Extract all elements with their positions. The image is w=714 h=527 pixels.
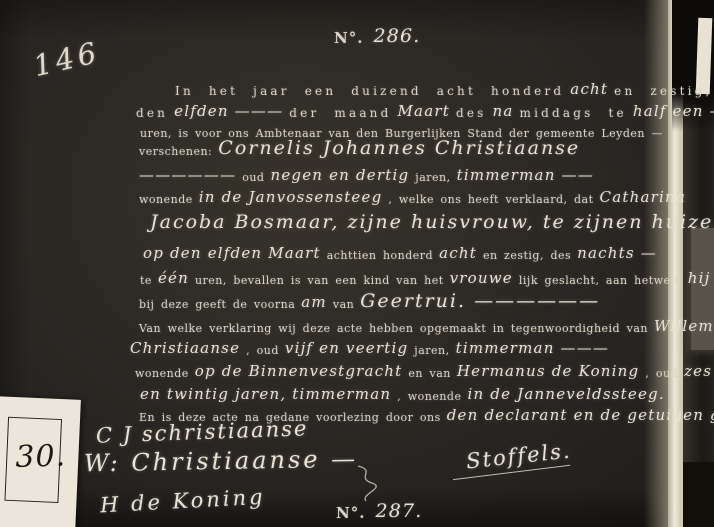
act-number-label: N°. xyxy=(334,29,363,47)
printed-text-segment: jaren, xyxy=(415,171,450,184)
signature-w-christiaanse: W: Christiaanse — xyxy=(84,445,359,478)
printed-text-segment: te xyxy=(140,274,152,287)
next-act-number-value: 287. xyxy=(375,500,422,522)
printed-text-segment: jaren, xyxy=(414,344,449,357)
handwritten-text-segment: zes xyxy=(684,362,712,380)
handwritten-text-segment: Catharina xyxy=(600,188,686,206)
handwritten-text-segment: in de Janvossensteeg xyxy=(199,188,383,206)
act-number-value: 286. xyxy=(373,25,420,47)
handwritten-text-segment: één xyxy=(158,269,189,287)
handwritten-text-segment: hij xyxy=(688,269,711,287)
document-line: Van welke verklaring wij deze acte hebbe… xyxy=(139,317,714,336)
printed-text-segment: wonende xyxy=(139,193,193,206)
printed-text-segment: , welke ons heeft verklaard, dat xyxy=(388,193,593,206)
archive-sticker-number: 30. xyxy=(15,439,67,475)
handwritten-text-segment: op de Binnenvestgracht xyxy=(195,362,403,380)
document-line: en twintig jaren, timmerman, wonendein d… xyxy=(140,385,671,404)
handwritten-text-segment: Geertrui. —————— xyxy=(360,290,600,312)
printed-text-segment: wonende xyxy=(135,367,189,380)
document-line: verschenen:Cornelis Johannes Christiaans… xyxy=(139,138,586,160)
document-line: teéénuren, bevallen is van een kind van … xyxy=(140,269,714,288)
handwritten-text-segment: na xyxy=(493,102,514,120)
bottom-edge-dark xyxy=(683,462,714,527)
handwritten-text-segment: en twintig jaren, timmerman xyxy=(140,385,391,403)
handwritten-text-segment: acht xyxy=(439,244,477,262)
next-act-number-heading: N°.287. xyxy=(336,501,423,523)
archive-sticker-box: 30. xyxy=(4,417,62,503)
document-line: ——————oudnegen en dertigjaren,timmerman … xyxy=(139,166,600,185)
printed-text-segment: den xyxy=(136,106,168,120)
document-line: wonendeop de Binnenvestgrachten vanHerma… xyxy=(135,362,714,381)
registry-scan-negative: 146 N°.286. In het jaar een duizend acht… xyxy=(0,0,714,527)
document-line: denelfden ———der maandMaartdesnamiddags … xyxy=(136,102,714,121)
next-act-number-label: N°. xyxy=(336,504,365,522)
printed-text-segment: , oud xyxy=(645,367,678,380)
margin-number: 146 xyxy=(30,35,103,83)
printed-text-segment: van xyxy=(333,298,354,311)
handwritten-text-segment: Jacoba Bosmaar, zijne huisvrouw, te zijn… xyxy=(150,211,713,233)
handwritten-text-segment: Cornelis Johannes Christiaanse xyxy=(218,137,580,159)
flourish-mark xyxy=(352,462,382,504)
printed-text-segment: In het jaar een duizend acht honderd xyxy=(175,84,564,98)
handwritten-text-segment: Maart xyxy=(398,102,450,120)
handwritten-text-segment: acht xyxy=(570,80,608,98)
handwritten-text-segment: am xyxy=(301,293,327,311)
document-line: wonendein de Janvossensteeg, welke ons h… xyxy=(139,188,692,207)
signature-cj-christiaanse: C J schristiaanse xyxy=(96,416,309,447)
archive-sticker: 30. xyxy=(0,396,81,527)
printed-text-segment: verschenen: xyxy=(139,145,212,158)
handwritten-text-segment: timmerman —— xyxy=(457,166,594,184)
handwritten-text-segment: timmerman ——— xyxy=(456,339,610,357)
handwritten-text-segment: Willem xyxy=(654,317,714,335)
handwritten-text-segment: —————— xyxy=(139,166,236,184)
printed-text-segment: middags te xyxy=(520,106,627,120)
handwritten-text-segment: elfden ——— xyxy=(174,102,283,120)
printed-text-segment: en van xyxy=(408,367,450,380)
act-number-heading: N°.286. xyxy=(334,26,421,48)
printed-text-segment: achttien honderd xyxy=(327,249,433,262)
printed-text-segment: lijk geslacht, aan hetwelk xyxy=(519,274,682,287)
printed-text-segment: uren, bevallen is van een kind van het xyxy=(195,274,444,287)
document-line: Christiaanse, oudvijf en veertigjaren,ti… xyxy=(130,339,615,358)
handwritten-text-segment: op den elfden Maart xyxy=(143,244,321,262)
printed-text-segment: des xyxy=(456,106,487,120)
handwritten-text-segment: den declarant en de getuigen geteekend. xyxy=(447,406,714,424)
handwritten-text-segment: vijf en veertig xyxy=(285,339,408,357)
document-line: op den elfden Maartachttien honderdachte… xyxy=(143,244,663,263)
document-line: Jacoba Bosmaar, zijne huisvrouw, te zijn… xyxy=(150,212,714,234)
printed-text-segment: oud xyxy=(242,171,264,184)
handwritten-text-segment: vrouwe xyxy=(450,269,513,287)
printed-text-segment: der maand xyxy=(289,106,391,120)
printed-text-segment: en zestig, xyxy=(614,84,712,98)
document-line: bij deze geeft de voornaamvanGeertrui. —… xyxy=(139,291,606,313)
printed-text-segment: en zestig, des xyxy=(483,249,571,262)
printed-text-segment: Van welke verklaring wij deze acte hebbe… xyxy=(139,322,648,335)
document-line: In het jaar een duizend acht honderdacht… xyxy=(175,80,714,99)
handwritten-text-segment: Christiaanse xyxy=(130,339,240,357)
printed-text-segment: , wonende xyxy=(397,390,461,403)
handwritten-text-segment: negen en dertig xyxy=(270,166,409,184)
handwritten-text-segment: in de Janneveldssteeg. xyxy=(467,385,664,403)
handwritten-text-segment: nachts — xyxy=(577,244,657,262)
handwritten-text-segment: half een — xyxy=(633,102,714,120)
printed-text-segment: , oud xyxy=(246,344,279,357)
printed-text-segment: bij deze geeft de voorna xyxy=(139,298,295,311)
handwritten-text-segment: Hermanus de Koning xyxy=(457,362,639,380)
